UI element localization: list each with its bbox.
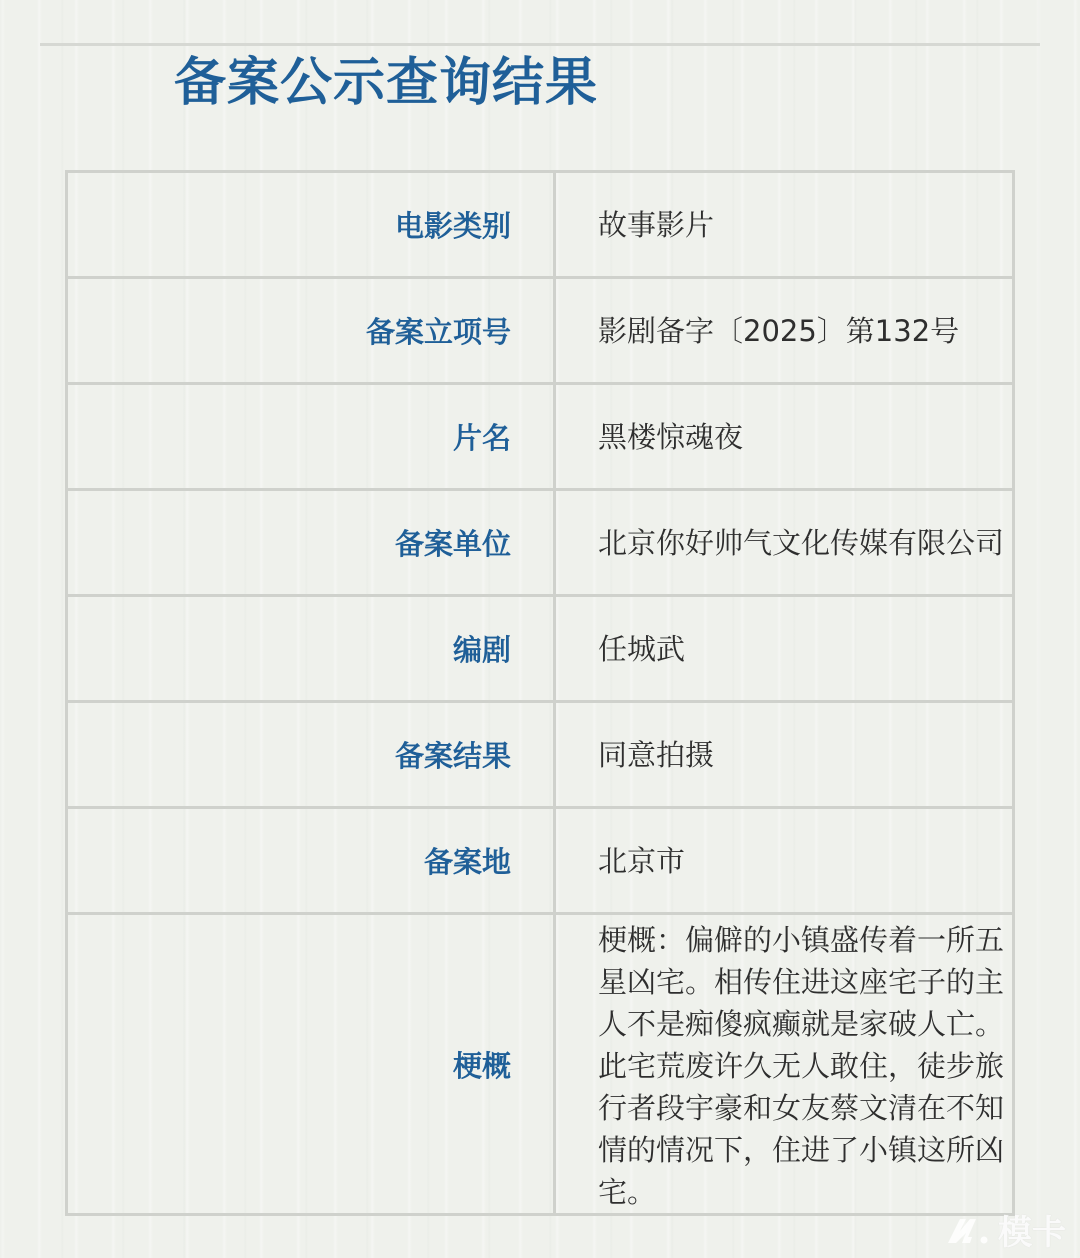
record-table: 电影类别 故事影片 备案立项号 影剧备字〔2025〕第132号 片名 黑楼惊魂夜… bbox=[65, 170, 1015, 1216]
table-row-title: 片名 黑楼惊魂夜 bbox=[67, 384, 1014, 490]
table-row-filing-number: 备案立项号 影剧备字〔2025〕第132号 bbox=[67, 278, 1014, 384]
table-row-film-category: 电影类别 故事影片 bbox=[67, 172, 1014, 278]
row-label: 电影类别 bbox=[67, 172, 555, 278]
row-value: 故事影片 bbox=[555, 172, 1014, 278]
row-value: 北京你好帅气文化传媒有限公司 bbox=[555, 490, 1014, 596]
table-row-screenwriter: 编剧 任城武 bbox=[67, 596, 1014, 702]
row-label: 编剧 bbox=[67, 596, 555, 702]
page-title: 备案公示查询结果 bbox=[174, 50, 598, 116]
top-divider bbox=[40, 43, 1040, 46]
row-value: 黑楼惊魂夜 bbox=[555, 384, 1014, 490]
row-label: 梗概 bbox=[67, 914, 555, 1215]
row-value: 梗概：偏僻的小镇盛传着一所五星凶宅。相传住进这座宅子的主人不是痴傻疯癫就是家破人… bbox=[555, 914, 1014, 1215]
table-row-filing-unit: 备案单位 北京你好帅气文化传媒有限公司 bbox=[67, 490, 1014, 596]
m-logo-icon bbox=[946, 1215, 992, 1245]
row-value: 同意拍摄 bbox=[555, 702, 1014, 808]
watermark-text: 模卡 bbox=[998, 1205, 1066, 1254]
table-row-synopsis: 梗概 梗概：偏僻的小镇盛传着一所五星凶宅。相传住进这座宅子的主人不是痴傻疯癫就是… bbox=[67, 914, 1014, 1215]
table-row-filing-result: 备案结果 同意拍摄 bbox=[67, 702, 1014, 808]
row-label: 备案单位 bbox=[67, 490, 555, 596]
row-label: 备案立项号 bbox=[67, 278, 555, 384]
row-value: 影剧备字〔2025〕第132号 bbox=[555, 278, 1014, 384]
watermark: 模卡 bbox=[946, 1205, 1066, 1254]
row-value: 任城武 bbox=[555, 596, 1014, 702]
row-value: 北京市 bbox=[555, 808, 1014, 914]
row-label: 片名 bbox=[67, 384, 555, 490]
table-row-filing-location: 备案地 北京市 bbox=[67, 808, 1014, 914]
row-label: 备案结果 bbox=[67, 702, 555, 808]
row-label: 备案地 bbox=[67, 808, 555, 914]
